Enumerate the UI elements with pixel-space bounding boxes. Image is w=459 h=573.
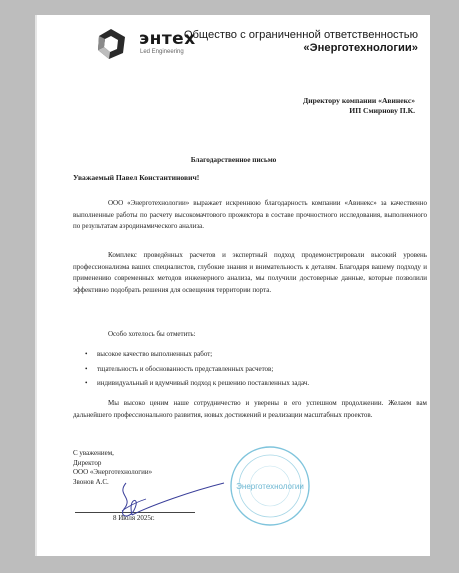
closing: С уважением, <box>73 449 152 459</box>
stamp-text: Энерготехнологии <box>236 482 304 491</box>
recipient-line-1: Директору компании «Авинекс» <box>303 96 415 106</box>
paragraph-2: Комплекс проведённых расчетов и экспертн… <box>73 250 427 297</box>
letter-title: Благодарственное письмо <box>37 155 430 164</box>
entech-logo-icon <box>95 28 127 60</box>
letter-page: энтех Led Engineering Общество с огранич… <box>35 15 430 556</box>
organization-name: Общество с ограниченной ответственностью… <box>184 29 418 55</box>
recipient-block: Директору компании «Авинекс» ИП Смирнову… <box>303 96 415 116</box>
company-stamp-icon: Энерготехнологии <box>229 445 311 527</box>
brand-tagline: Led Engineering <box>140 49 184 55</box>
org-line-1: Общество с ограниченной ответственностью <box>184 29 418 42</box>
recipient-line-2: ИП Смирнову П.К. <box>303 106 415 116</box>
org-line-2: «Энерготехнологии» <box>303 42 418 54</box>
paragraph-3: Мы высоко ценим наше сотрудничество и ув… <box>73 398 427 421</box>
bullet-item: тщательность и обоснованность представле… <box>85 362 309 377</box>
greeting: Уважаемый Павел Константинович! <box>73 173 199 182</box>
paragraph-1: ООО «Энерготехнологии» выражает искренню… <box>73 198 427 233</box>
bullet-item: высокое качество выполненных работ; <box>85 347 309 362</box>
note-intro: Особо хотелось бы отметить: <box>108 330 196 338</box>
signer-position: Директор <box>73 459 152 469</box>
bullet-list: высокое качество выполненных работ; тщат… <box>85 347 309 391</box>
handwritten-signature-icon <box>112 475 227 525</box>
bullet-item: индивидуальный и вдумчивый подход к реше… <box>85 376 309 391</box>
